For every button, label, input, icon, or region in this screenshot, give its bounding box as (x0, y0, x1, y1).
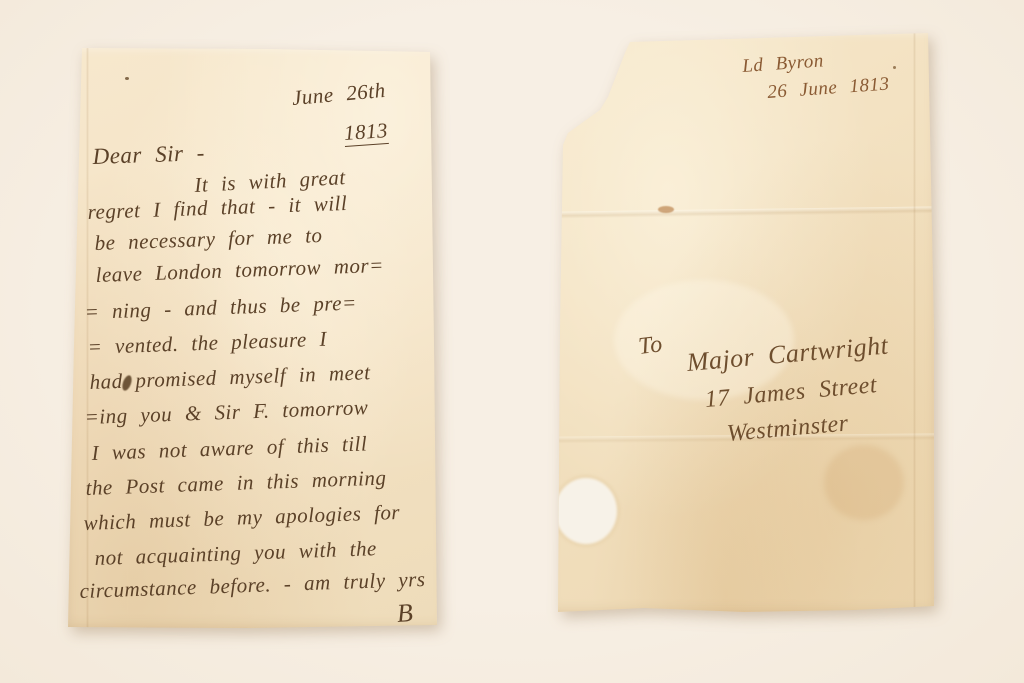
address-leaf-wrapper: Ld Byron 26 June 1813 To Major Cartwrigh… (554, 30, 936, 614)
fold-crease-vertical (913, 30, 916, 614)
manuscript-line: = ning - and thus be pre= (84, 293, 357, 323)
manuscript-line: be necessary for me to (94, 225, 323, 254)
docket-line-name: Ld Byron (742, 51, 825, 76)
manuscript-line: regret I find that - it will (87, 193, 347, 223)
manuscript-line: leave London tomorrow mor= (95, 255, 384, 286)
signature-initial: B (396, 600, 414, 630)
letter-page-wrapper: June 26th 1813 Dear Sir - It is with gre… (66, 45, 440, 629)
manuscript-line: which must be my apologies for (83, 502, 400, 534)
address-line-to: To (637, 332, 664, 359)
toning-stain (824, 445, 904, 520)
manuscript-line: =ing you & Sir F. tomorrow (84, 397, 368, 428)
manuscript-salutation: Dear Sir - (92, 141, 205, 168)
manuscript-line: I was not aware of this till (91, 433, 367, 464)
ink-speck (125, 77, 129, 80)
manuscript-closing-line: circumstance before. - am truly yrs (79, 569, 426, 602)
manuscript-line: the Post came in this morning (85, 468, 386, 499)
manuscript-line: had promised myself in meet (89, 362, 371, 393)
seal-hole (555, 478, 617, 544)
address-leaf-page: Ld Byron 26 June 1813 To Major Cartwrigh… (554, 30, 936, 614)
manuscript-date-year: 1813 (343, 120, 389, 147)
photograph-background: June 26th 1813 Dear Sir - It is with gre… (0, 0, 1024, 683)
ink-speck (893, 66, 896, 69)
manuscript-date-line: June 26th (291, 80, 386, 109)
fold-crease-upper (554, 206, 936, 218)
letter-page: June 26th 1813 Dear Sir - It is with gre… (66, 45, 440, 629)
docket-line-date: 26 June 1813 (767, 75, 890, 102)
manuscript-line: = vented. the pleasure I (87, 329, 327, 358)
manuscript-line: not acquainting you with the (94, 538, 377, 569)
rust-stain (658, 206, 674, 213)
